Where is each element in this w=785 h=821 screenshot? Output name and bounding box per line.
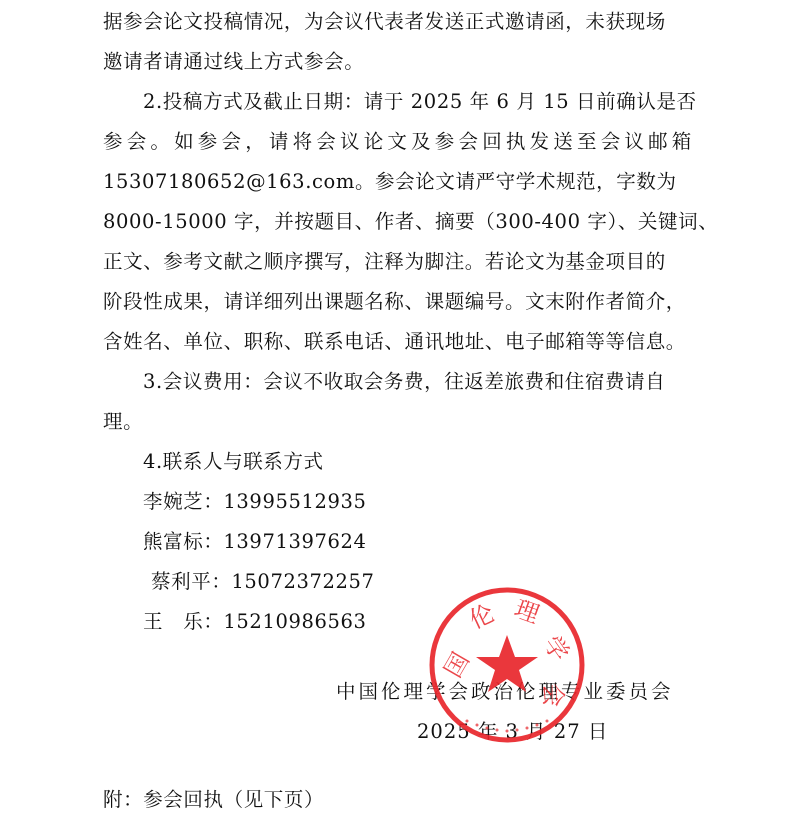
- official-seal-icon: 国 伦 理 学 会: [427, 585, 587, 745]
- svg-text:伦: 伦: [465, 599, 499, 635]
- svg-text:国: 国: [439, 648, 475, 683]
- section-4-heading: 4.联系人与联系方式: [143, 450, 324, 474]
- section-2-heading: 2.投稿方式及截止日期：请于 2025 年 6 月 15 日前确认是否: [143, 90, 697, 114]
- svg-text:学: 学: [538, 631, 575, 667]
- section-3-heading: 3.会议费用：会议不收取会务费，往返差旅费和住宿费请自: [143, 370, 665, 394]
- paragraph-line: 据参会论文投稿情况，为会议代表者发送正式邀请函，未获现场: [103, 10, 666, 34]
- contact-name: 李婉芝: [143, 490, 203, 513]
- attachment-note: 附：参会回执（见下页）: [103, 788, 324, 812]
- contact-item: 熊富标：13971397624: [143, 530, 367, 554]
- paragraph-line: 正文、参考文献之顺序撰写，注释为脚注。若论文为基金项目的: [103, 250, 666, 274]
- paragraph-line: 阶段性成果，请详细列出课题名称、课题编号。文末附作者简介，: [103, 290, 686, 314]
- contact-item: 王 乐：15210986563: [143, 610, 367, 634]
- paragraph-line: 理。: [103, 410, 143, 434]
- contact-phone: 13971397624: [223, 530, 366, 553]
- contact-item: 李婉芝：13995512935: [143, 490, 367, 514]
- paragraph-line: 参会。如参会，请将会议论文及参会回执发送至会议邮箱: [103, 130, 696, 154]
- contact-name: 蔡利平: [151, 570, 211, 593]
- svg-text:会: 会: [539, 683, 567, 707]
- contact-name: 王 乐: [143, 610, 203, 633]
- contact-phone: 13995512935: [223, 490, 366, 513]
- paragraph-line-email: 15307180652@163.com。参会论文请严守学术规范，字数为: [103, 170, 677, 194]
- svg-text:理: 理: [511, 594, 543, 629]
- contact-phone: 15210986563: [223, 610, 366, 633]
- paragraph-line: 邀请者请通过线上方式参会。: [103, 50, 364, 74]
- contact-item: 蔡利平：15072372257: [151, 570, 375, 594]
- paragraph-line: 8000-15000 字，并按题目、作者、摘要（300-400 字）、关键词、: [103, 210, 718, 234]
- paragraph-line: 含姓名、单位、职称、联系电话、通讯地址、电子邮箱等等信息。: [103, 330, 686, 354]
- contact-name: 熊富标: [143, 530, 203, 553]
- contact-phone: 15072372257: [231, 570, 374, 593]
